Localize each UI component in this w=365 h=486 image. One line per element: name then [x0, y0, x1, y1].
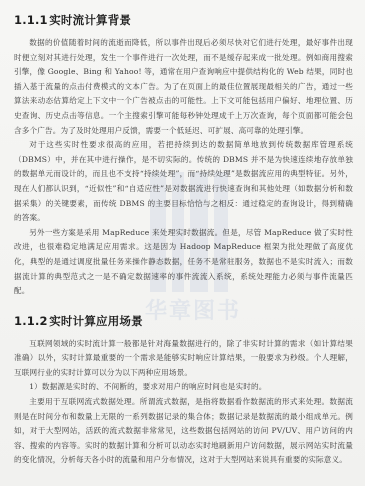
section-heading-1-1-1: 1.1.1 实时流计算背景 [14, 12, 353, 28]
section-title: 实时流计算背景 [49, 13, 131, 27]
paragraph: 对于这些实时性要求很高的应用，若把持续到达的数据简单地放到传统数据库管理系统（D… [14, 138, 353, 226]
page-content: 1.1.1 实时流计算背景 数据的价值随着时间的流逝而降低，所以事件出现后必须尽… [14, 8, 353, 468]
paragraph: 互联网领域的实时流计算一般都是针对海量数据进行的，除了非实时计算的需求（如计算结… [14, 337, 353, 381]
paragraph: 主要用于互联网流式数据处理。所谓流式数据，是指将数据看作数据流的形式来处理。数据… [14, 395, 353, 468]
section-number: 1.1.1 [14, 13, 45, 27]
document-page: 华章图书 1.1.1 实时流计算背景 数据的价值随着时间的流逝而降低，所以事件出… [0, 0, 365, 486]
list-item: 1）数据源是实时的、不间断的，要求对用户的响应时间也是实时的。 [14, 380, 353, 395]
section-number: 1.1.2 [14, 314, 45, 328]
section-title: 实时计算应用场景 [49, 314, 143, 328]
paragraph: 数据的价值随着时间的流逝而降低，所以事件出现后必须尽快对它们进行处理，最好事件出… [14, 36, 353, 138]
paragraph: 另外一些方案是采用 MapReduce 来处理实时数据流。但是，尽管 MapRe… [14, 226, 353, 299]
section-heading-1-1-2: 1.1.2 实时计算应用场景 [14, 313, 353, 329]
